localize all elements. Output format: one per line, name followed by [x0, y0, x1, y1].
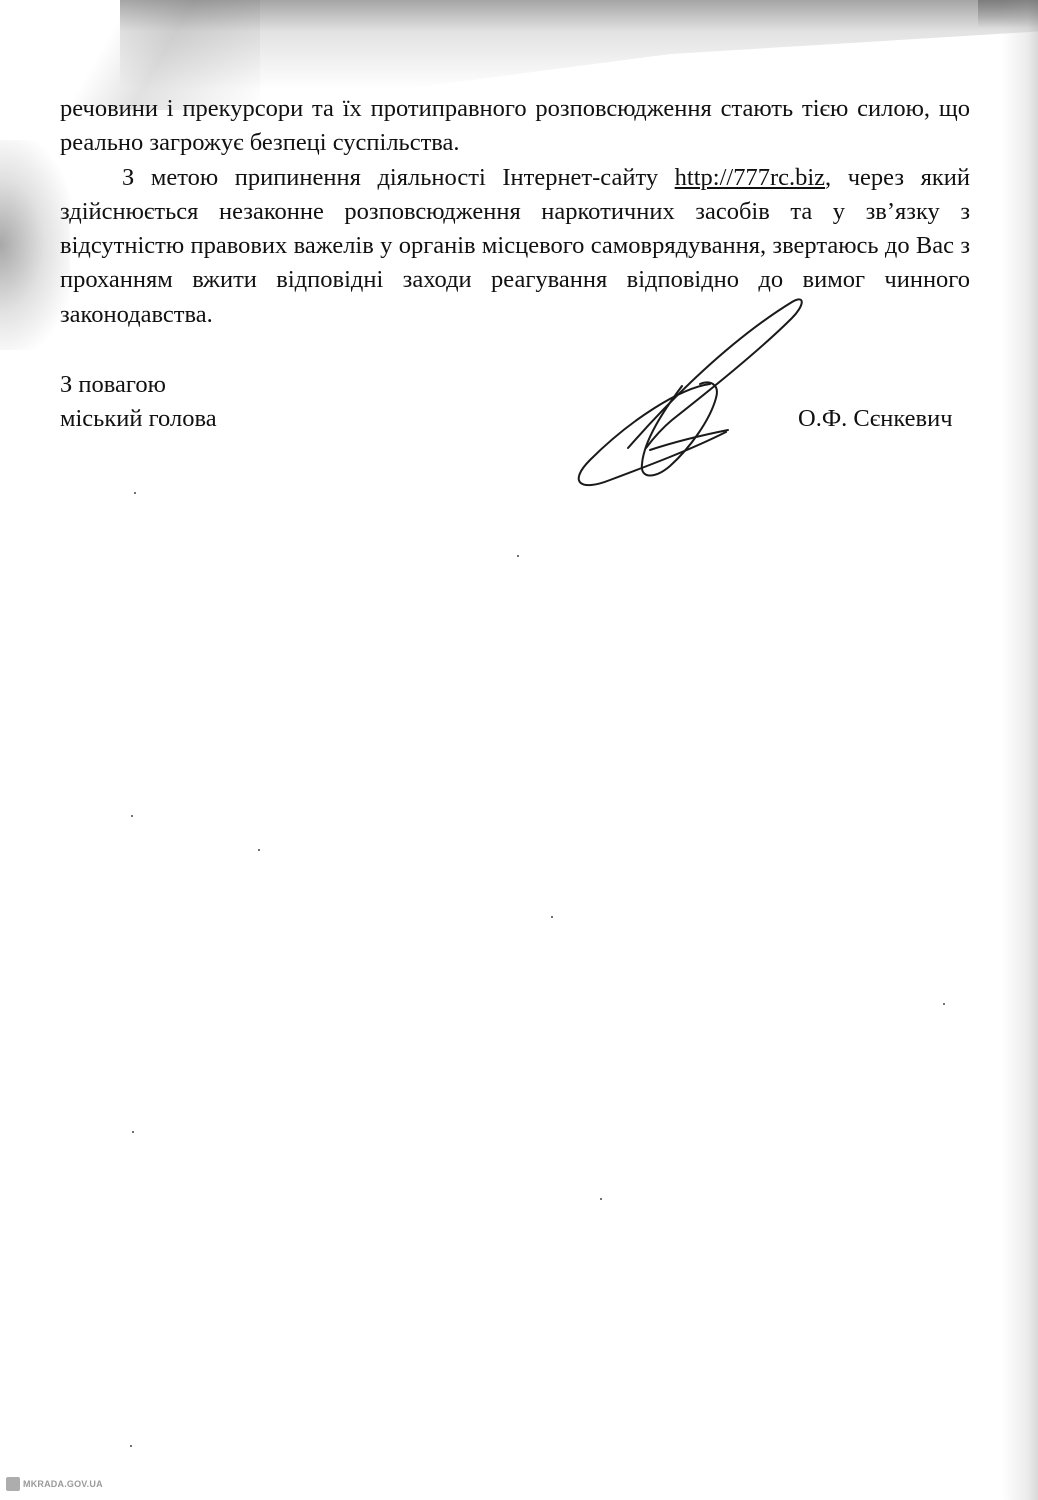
scan-speck	[551, 916, 553, 918]
scan-speck	[517, 555, 519, 557]
paragraph-request-text-start: З метою припинення діяльності Інтернет-с…	[122, 164, 675, 191]
paragraph-continuation: речовини і прекурсори та їх протиправног…	[60, 92, 970, 161]
scan-shadow-top	[120, 0, 1038, 90]
signature-icon	[560, 280, 820, 500]
paragraph-request: З метою припинення діяльності Інтернет-с…	[60, 161, 970, 332]
scan-shadow-corner	[978, 0, 1038, 28]
scan-speck	[943, 1003, 945, 1005]
scan-speck	[134, 492, 136, 494]
closing-salutation: З повагою	[60, 368, 217, 402]
signer-title: міський голова	[60, 402, 217, 436]
watermark-text: MKRADA.GOV.UA	[23, 1479, 103, 1489]
website-link[interactable]: http://777rc.biz	[675, 164, 825, 191]
site-watermark: MKRADA.GOV.UA	[6, 1477, 103, 1491]
scan-speck	[132, 1131, 134, 1133]
scan-speck	[258, 849, 260, 851]
scan-speck	[130, 1445, 132, 1447]
scan-speck	[131, 815, 133, 817]
closing-block: З повагою міський голова	[60, 368, 217, 436]
scan-speck	[600, 1198, 602, 1200]
letter-body: речовини і прекурсори та їх протиправног…	[60, 92, 970, 332]
scan-shadow-right	[1002, 0, 1038, 1500]
signer-name: О.Ф. Сєнкевич	[798, 402, 953, 436]
coat-of-arms-icon	[6, 1477, 20, 1491]
